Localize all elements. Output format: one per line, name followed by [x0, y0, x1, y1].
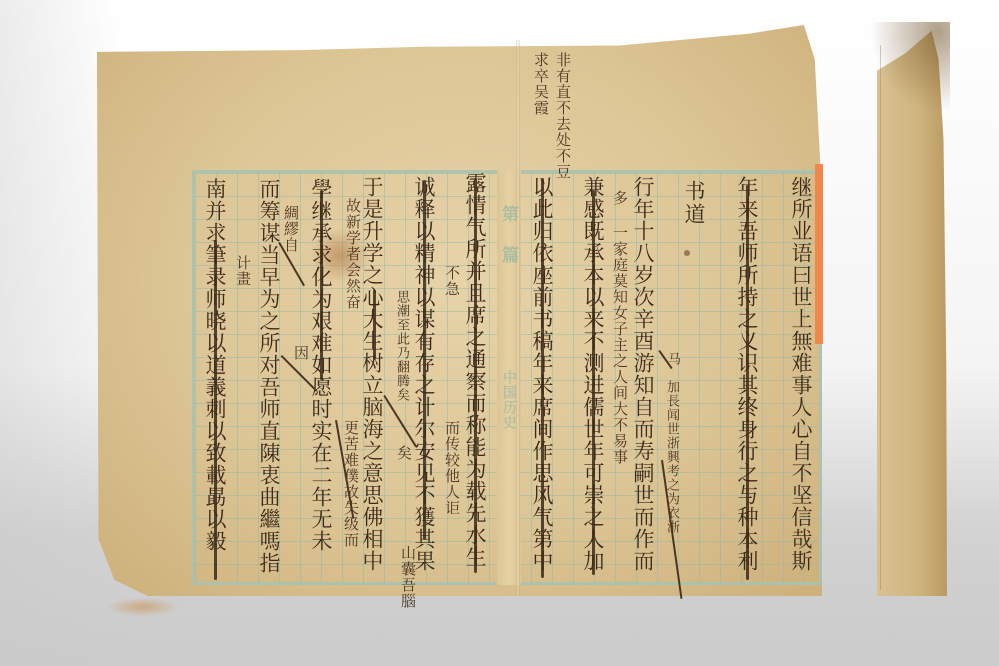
- annotation-bu-ji: 不急: [444, 265, 459, 297]
- printed-fold-label-upper: 第 篇: [499, 205, 521, 265]
- annotation-sichao: 思潮至此乃翻腾矣: [395, 290, 408, 402]
- manuscript-column-r5: 多 一家庭莫知女子主之人间大不易事: [612, 190, 627, 465]
- strikethrough-line: [592, 190, 595, 575]
- strikethrough-line: [474, 178, 477, 573]
- corner-water-stain: [108, 598, 178, 616]
- annotation-naodai: 山囊吾腦: [400, 545, 415, 609]
- annotation-xinxuezhe: 故新学者会然奋: [345, 198, 360, 310]
- annotation-yi: 矣: [396, 445, 411, 461]
- ink-spot: [684, 250, 690, 256]
- margin-color-strip: [815, 164, 823, 344]
- strikethrough-line: [373, 290, 376, 360]
- manuscript-column-l5: 而筹谋当早为之所对吾师直陳衷曲繼嗎指: [258, 178, 279, 574]
- printed-fold-label-lower: 中国历史: [501, 370, 519, 430]
- annotation-choumou: 綢繆自: [283, 205, 298, 253]
- top-margin-note-col1: 非有直不去处不豆: [555, 52, 570, 180]
- annotation-yin: 因: [293, 345, 308, 361]
- manuscript-column-r3: 书道: [683, 180, 704, 226]
- annotation-chuanjiao: 而传较他人讵: [444, 420, 459, 516]
- manuscript-column-r4: 行年十八岁次辛酉游知自而寿嗣世而作而: [632, 176, 653, 572]
- strikethrough-line: [214, 240, 217, 580]
- paper-right-margin: [877, 25, 947, 596]
- center-fold-crease: [516, 40, 520, 595]
- annotation-jihua: 计畫: [235, 255, 250, 287]
- top-margin-note-col2: 求卒吴霞: [533, 52, 548, 116]
- annotation-kunan: 更苦难僕故失级而: [343, 420, 358, 548]
- manuscript-column-l3: 于是升学之心大生树立脑海之意思佛相中: [361, 176, 382, 572]
- strikethrough-line: [541, 178, 544, 578]
- strikethrough-line: [320, 190, 323, 380]
- manuscript-column-r1: 继所业语曰世上無难事人心自不坚信哉斯: [790, 176, 811, 572]
- annotation-interlinear-right: 加長闻世浙興考之为衣浙: [665, 380, 678, 534]
- strikethrough-line: [746, 185, 749, 580]
- strikethrough-line: [423, 180, 426, 540]
- paper-crease-right: [880, 45, 881, 590]
